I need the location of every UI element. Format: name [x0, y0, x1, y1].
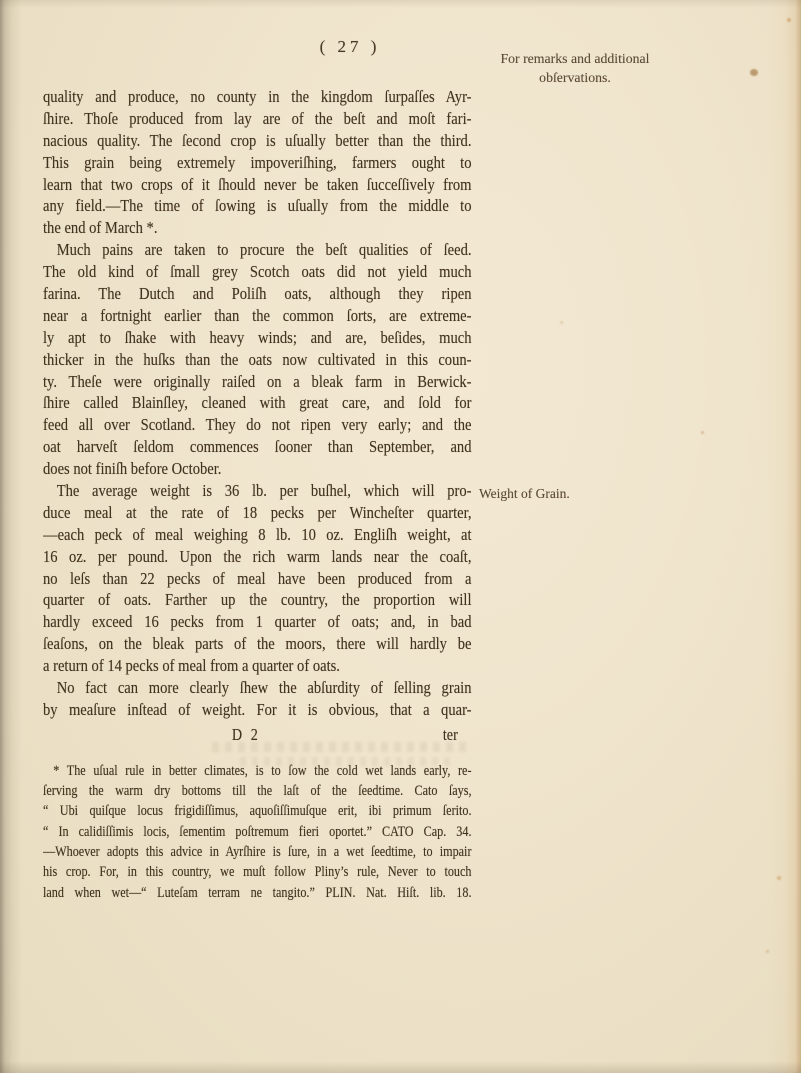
text-line: ſeaſons, on the bleak parts of the moors…	[43, 633, 472, 655]
text-line: nacious quality. The ſecond crop is uſua…	[43, 130, 472, 152]
text-line: the end of March *.	[43, 217, 472, 239]
signature-row: D 2 ter	[43, 724, 472, 746]
text-line: ly apt to ſhake with heavy winds; and ar…	[43, 327, 472, 349]
text-line: quarter of oats. Farther up the country,…	[43, 589, 472, 611]
footnote: * The uſual rule in better climates, is …	[43, 761, 472, 903]
text-line: 16 oz. per pound. Upon the rich warm lan…	[43, 546, 472, 568]
text-line: quality and produce, no county in the ki…	[43, 86, 472, 108]
margin-note-line: obſervations.	[472, 68, 678, 87]
text-line: hardly exceed 16 pecks from 1 quarter of…	[43, 611, 472, 633]
text-line: Much pains are taken to procure the beſt…	[43, 239, 472, 261]
text-line: ſhire called Blainſley, cleaned with gre…	[43, 392, 472, 414]
text-line: —each peck of meal weighing 8 lb. 10 oz.…	[43, 524, 472, 546]
paragraph-seed-qualities: Much pains are taken to procure the beſt…	[43, 239, 472, 480]
paragraph-average-weight: The average weight is 36 lb. per buſhel,…	[43, 480, 472, 677]
text-line: does not finiſh before October.	[43, 458, 472, 480]
text-line: a return of 14 pecks of meal from a quar…	[43, 655, 472, 677]
paragraph-selling-by-measure: No fact can more clearly ſhew the abſurd…	[43, 677, 472, 721]
text-line: duce meal at the rate of 18 pecks per Wi…	[43, 502, 472, 524]
book-page: ( 27 ) For remarks and additional obſerv…	[0, 0, 801, 1073]
text-line: by meaſure inſtead of weight. For it is …	[43, 699, 472, 721]
text-line: The average weight is 36 lb. per buſhel,…	[43, 480, 472, 502]
catchword: ter	[443, 724, 458, 746]
foxing-spot	[701, 431, 704, 434]
foxing-spot	[777, 876, 781, 880]
footnote-line: “ Ubi quiſque locus frigidiſſimus, aquoſ…	[43, 801, 472, 821]
text-column: quality and produce, no county in the ki…	[43, 86, 472, 903]
paragraph-quality-and-produce: quality and produce, no county in the ki…	[43, 86, 472, 239]
page-edge-top-shade	[0, 0, 801, 8]
page-edge-right-tint	[767, 0, 801, 1073]
text-line: no leſs than 22 pecks of meal have been …	[43, 568, 472, 590]
footnote-line: ſerving the warm dry bottoms till the la…	[43, 781, 472, 801]
footnote-line: land when wet—“ Luteſam terram ne tangit…	[43, 883, 472, 903]
foxing-spot	[750, 69, 758, 76]
foxing-spot	[787, 18, 791, 22]
text-line: oat harveſt ſeldom commences ſooner than…	[43, 436, 472, 458]
text-line: ty. Theſe were originally raiſed on a bl…	[43, 371, 472, 393]
text-line: near a fortnight earlier than the common…	[43, 305, 472, 327]
margin-note-weight-of-grain: Weight of Grain.	[479, 486, 570, 502]
press-signature: D 2	[43, 724, 449, 746]
binding-shadow-left	[0, 0, 22, 1073]
margin-note-line: For remarks and additional	[472, 49, 678, 68]
page-edge-bottom-shade	[0, 1061, 801, 1073]
text-line: The old kind of ſmall grey Scotch oats d…	[43, 261, 472, 283]
foxing-spot	[766, 950, 769, 953]
text-line: This grain being extremely impoveriſhing…	[43, 152, 472, 174]
text-line: any field.—The time of ſowing is uſually…	[43, 195, 472, 217]
margin-note-remarks: For remarks and additional obſervations.	[472, 49, 678, 87]
text-line: farina. The Dutch and Poliſh oats, altho…	[43, 283, 472, 305]
footnote-line: —Whoever adopts this advice in Ayrſhire …	[43, 842, 472, 862]
text-line: No fact can more clearly ſhew the abſurd…	[43, 677, 472, 699]
text-line: ſhire. Thoſe produced from lay are of th…	[43, 108, 472, 130]
footnote-line: * The uſual rule in better climates, is …	[43, 761, 472, 781]
foxing-spot	[560, 321, 563, 324]
text-line: learn that two crops of it ſhould never …	[43, 174, 472, 196]
text-line: thicker in the huſks than the oats now c…	[43, 349, 472, 371]
footnote-line: his crop. For, in this country, we muſt …	[43, 862, 472, 882]
text-line: feed all over Scotland. They do not ripe…	[43, 414, 472, 436]
footnote-line: “ In calidiſſimis locis, ſementim poſtre…	[43, 822, 472, 842]
